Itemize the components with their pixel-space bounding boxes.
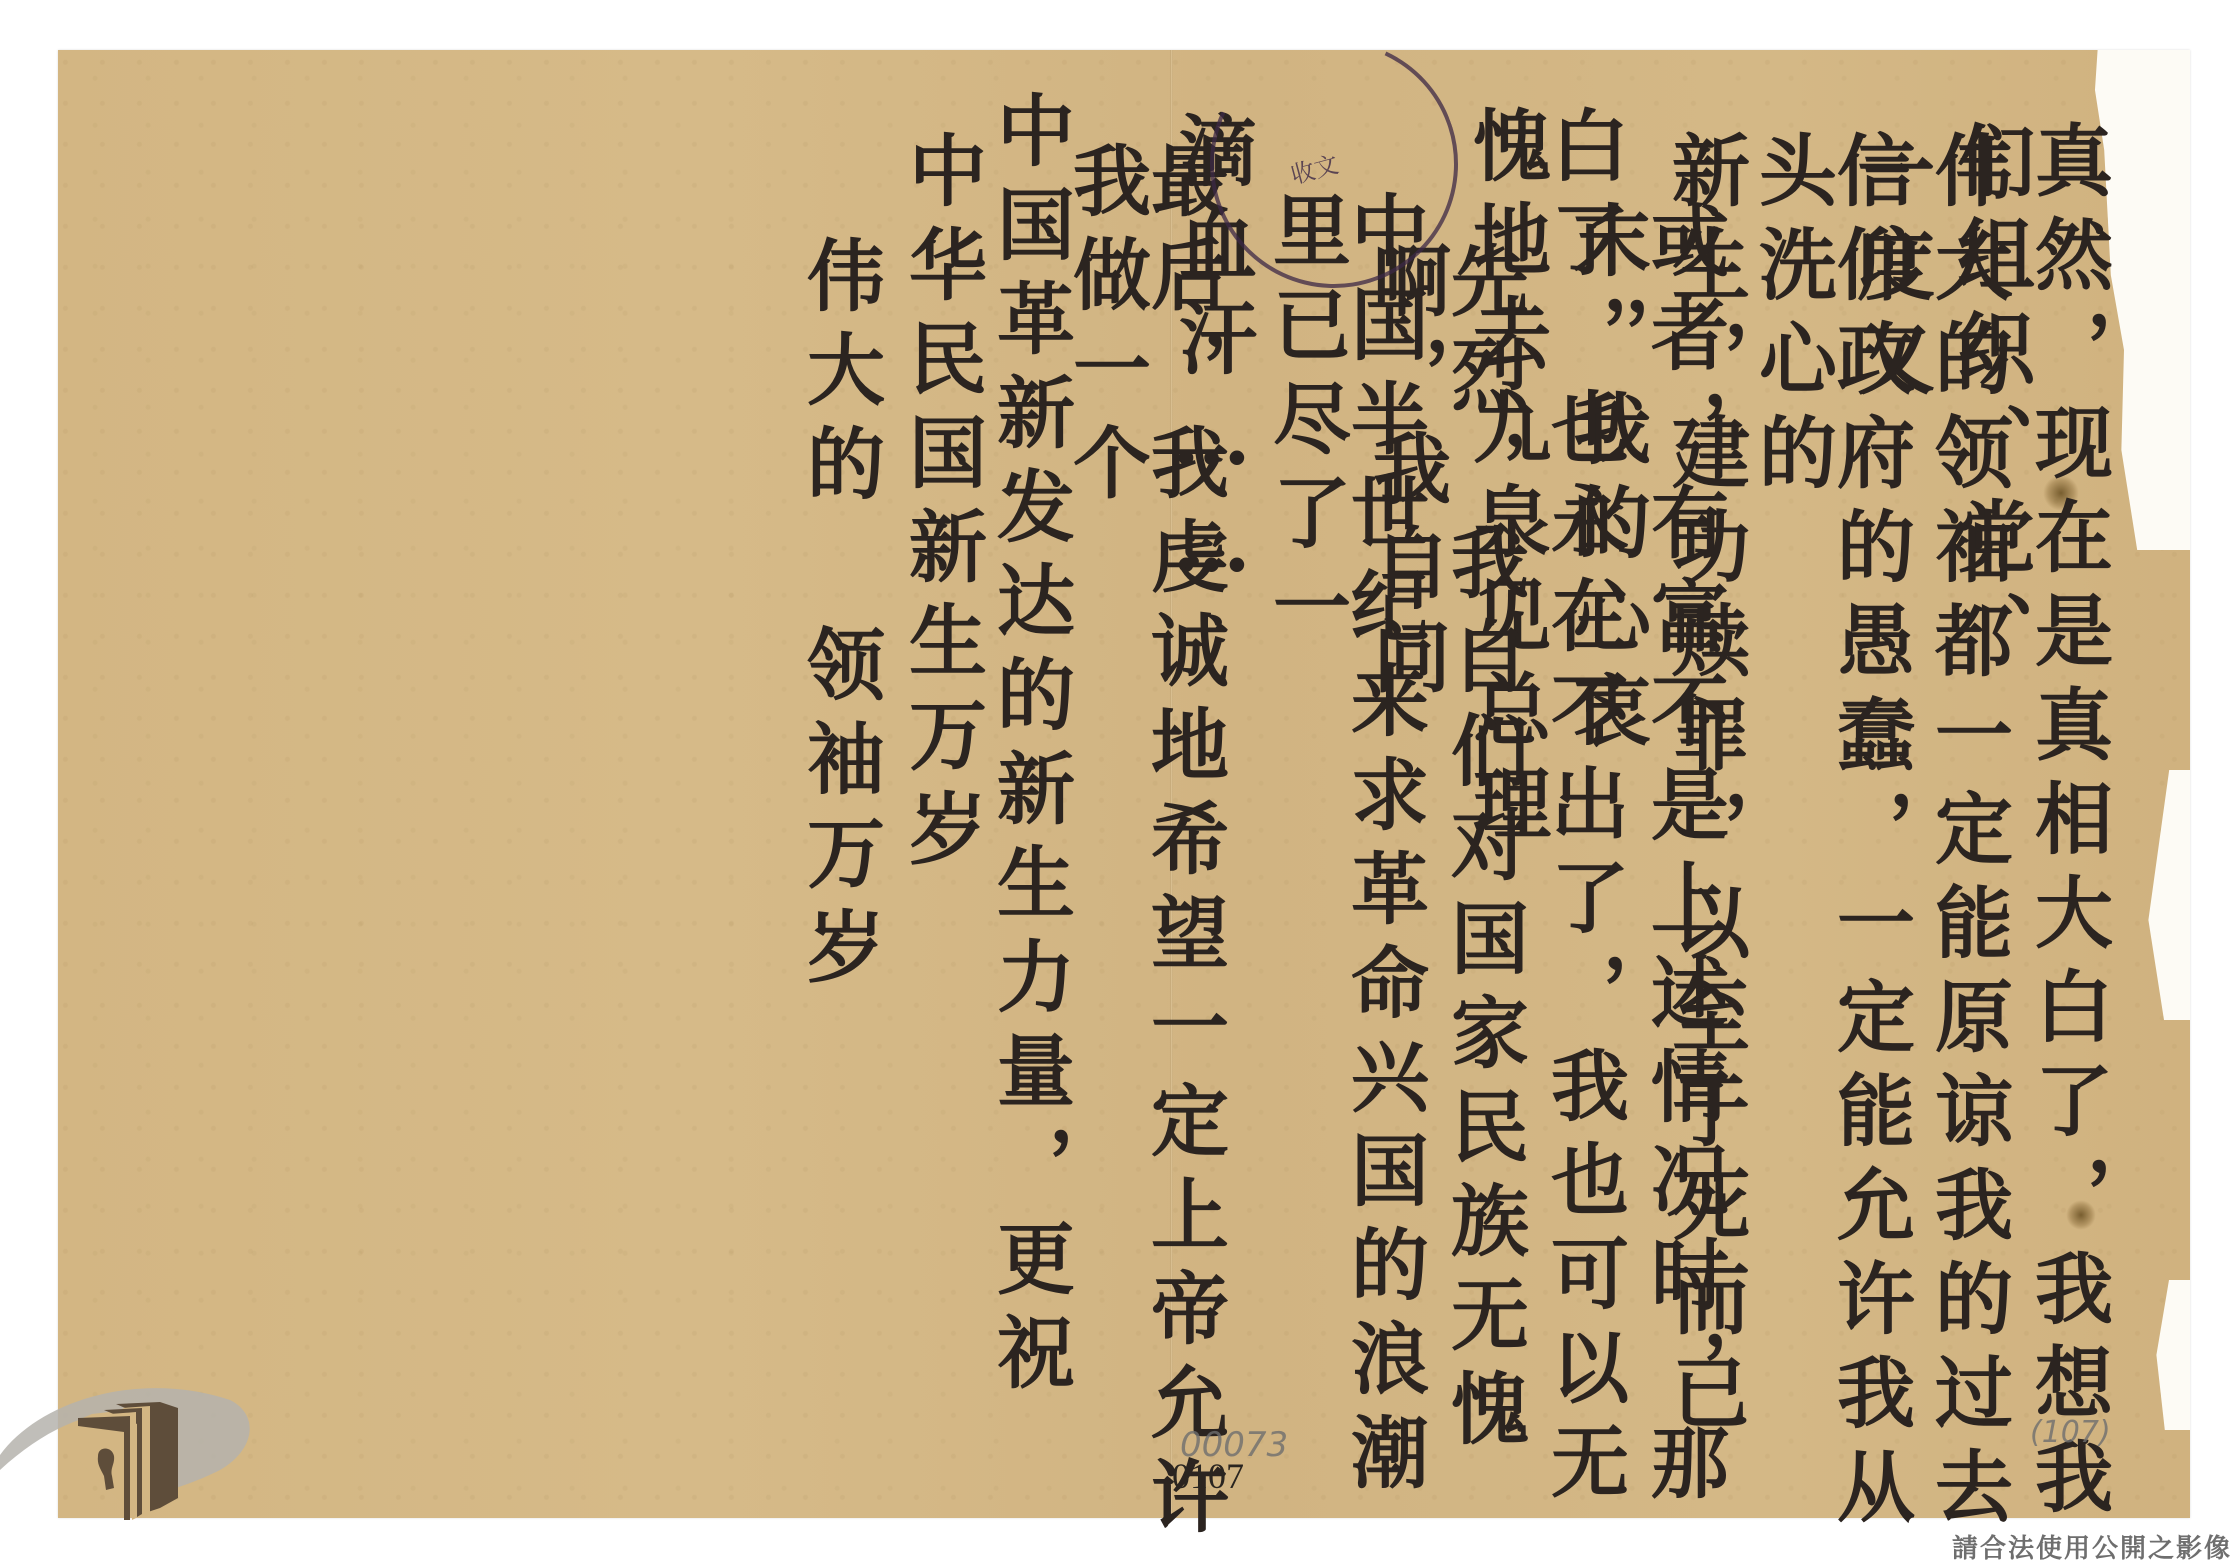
archive-logo-icon <box>0 1360 260 1520</box>
letter-column-10: 最后，我虔诚地希望一定上帝允许我做一个 <box>1066 140 1222 1565</box>
page-number: 0107 <box>1172 1455 1244 1497</box>
letter-column-12: 中华民国新生万岁 <box>902 130 980 882</box>
letter-column-13-signature: 伟大的 领袖万岁 <box>800 235 878 1000</box>
usage-watermark: 請合法使用公開之影像 <box>1952 1528 2232 1565</box>
letter-column-11: 中国革新发达的新生力量，更祝 <box>990 90 1068 1406</box>
torn-edge-bottom <box>2148 1280 2190 1430</box>
letter-column-3: 信仰政府的愚蠢，一定能允许我从头洗心的 <box>1752 130 1908 1565</box>
pencil-page-ref: (107) <box>2030 1415 2111 1450</box>
letter-column-8: 中国半世纪来求革命兴国的浪潮里已尽了一 <box>1266 190 1422 1565</box>
torn-edge-middle <box>2138 770 2190 1020</box>
